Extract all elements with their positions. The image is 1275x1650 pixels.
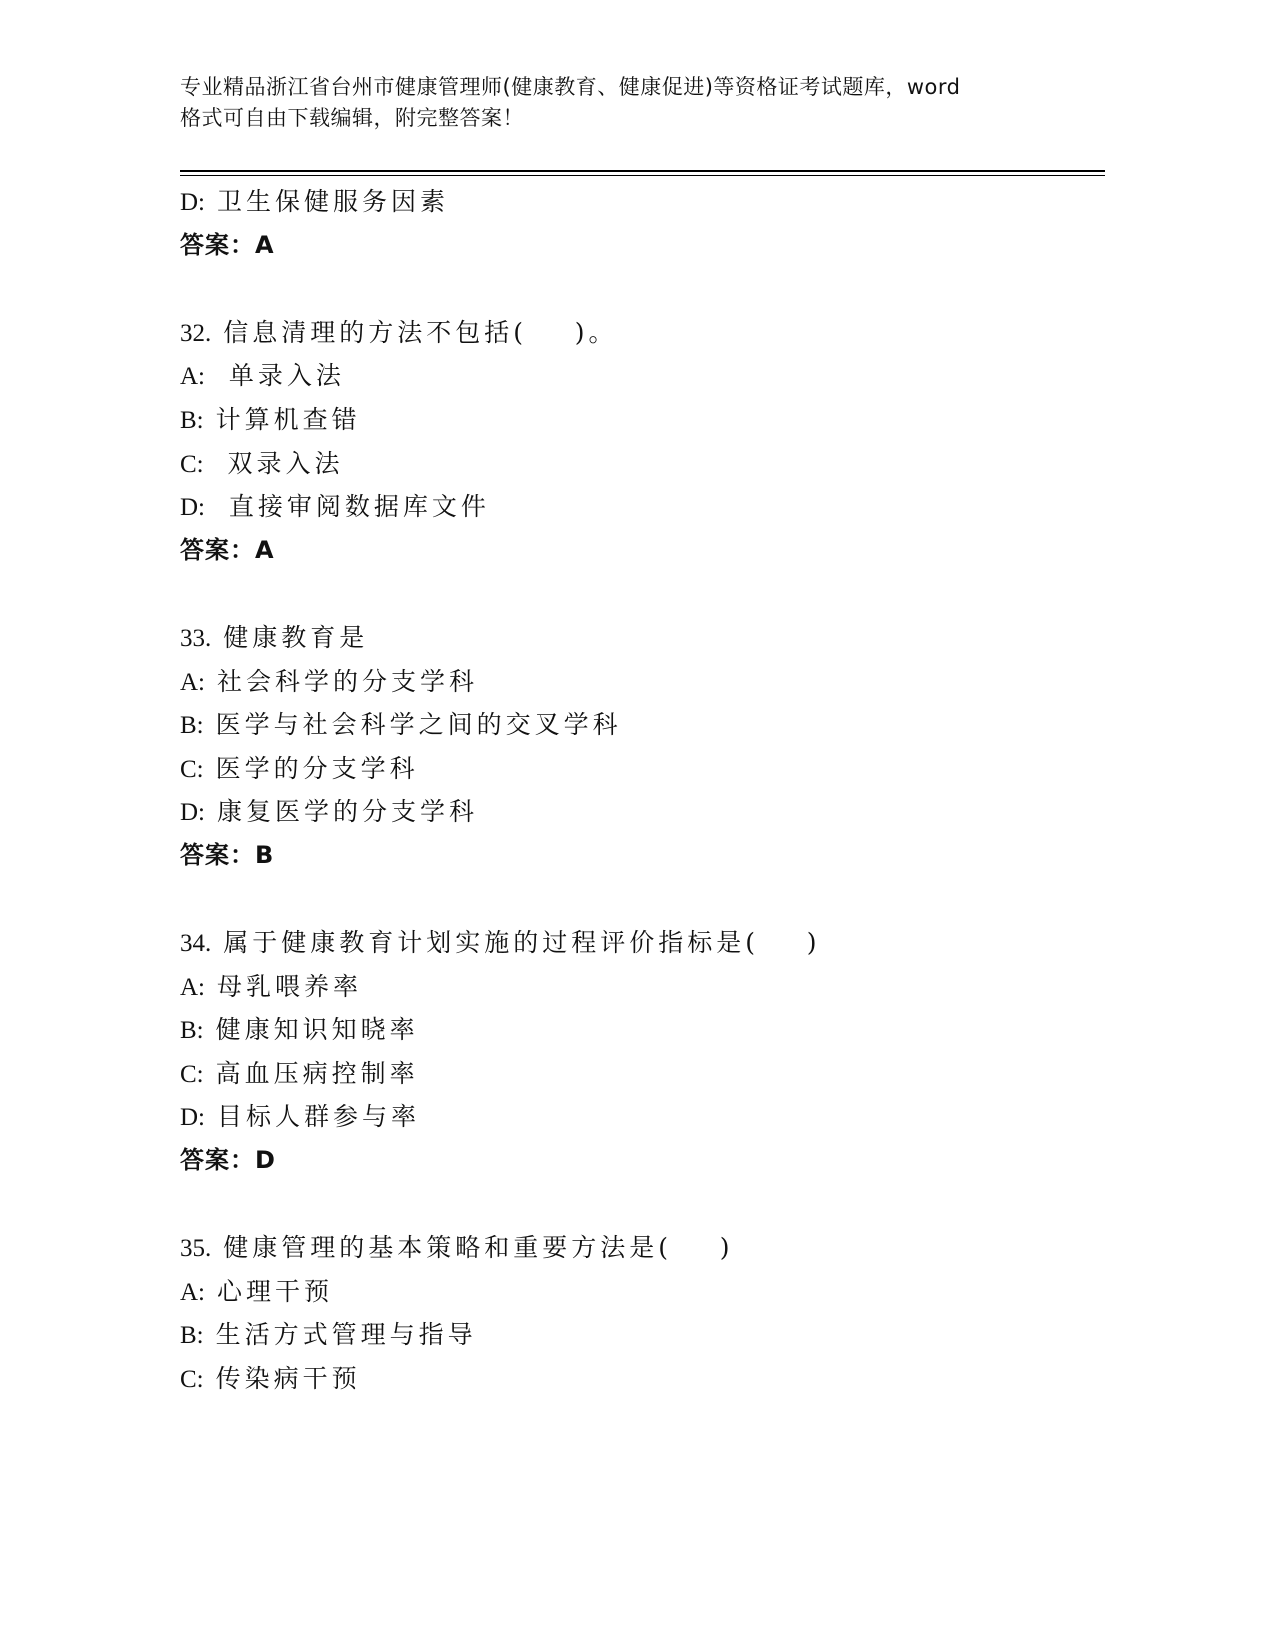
option-line: B: 健康知识知晓率 xyxy=(180,1008,1105,1052)
option-text: 传染病干预 xyxy=(204,1364,361,1393)
question-stem: 35. 健康管理的基本策略和重要方法是( ) xyxy=(180,1226,1105,1270)
carryover-block: D: 卫生保健服务因素 答案：A xyxy=(180,180,1105,267)
answer-line: 答案：A xyxy=(180,529,1105,573)
option-line: D: 直接审阅数据库文件 xyxy=(180,485,1105,529)
question-content: D: 卫生保健服务因素 答案：A 32. 信息清理的方法不包括( )。 A: 单… xyxy=(180,180,1105,1401)
option-letter: C: xyxy=(180,1366,204,1393)
option-line: B: 生活方式管理与指导 xyxy=(180,1313,1105,1357)
option-line: D: 康复医学的分支学科 xyxy=(180,790,1105,834)
option-letter: D: xyxy=(180,799,205,826)
option-text: 生活方式管理与指导 xyxy=(204,1320,477,1349)
option-text: 康复医学的分支学科 xyxy=(205,797,478,826)
option-line: A: 单录入法 xyxy=(180,354,1105,398)
header-rule-thin xyxy=(180,175,1105,176)
option-line: A: 母乳喂养率 xyxy=(180,965,1105,1009)
document-header: 专业精品浙江省台州市健康管理师(健康教育、健康促进)等资格证考试题库，word … xyxy=(180,72,1060,134)
question-35: 35. 健康管理的基本策略和重要方法是( ) A: 心理干预 B: 生活方式管理… xyxy=(180,1226,1105,1400)
option-text: 目标人群参与率 xyxy=(205,1102,420,1131)
option-letter: C: xyxy=(180,756,204,783)
question-number: 33. xyxy=(180,625,211,652)
option-text: 高血压病控制率 xyxy=(204,1059,419,1088)
question-text: 属于健康教育计划实施的过程评价指标是( ) xyxy=(211,928,820,957)
question-stem: 32. 信息清理的方法不包括( )。 xyxy=(180,311,1105,355)
option-letter: A: xyxy=(180,363,205,390)
option-text: 单录入法 xyxy=(205,361,345,390)
question-stem: 33. 健康教育是 xyxy=(180,616,1105,660)
option-letter: A: xyxy=(180,1279,205,1306)
header-rule-thick xyxy=(180,170,1105,172)
option-line: B: 计算机查错 xyxy=(180,398,1105,442)
question-text: 信息清理的方法不包括( )。 xyxy=(211,318,617,347)
option-line: B: 医学与社会科学之间的交叉学科 xyxy=(180,703,1105,747)
option-text: 卫生保健服务因素 xyxy=(205,187,449,216)
option-letter: C: xyxy=(180,451,204,478)
question-33: 33. 健康教育是 A: 社会科学的分支学科 B: 医学与社会科学之间的交叉学科… xyxy=(180,616,1105,878)
question-number: 34. xyxy=(180,930,211,957)
answer-line: 答案：B xyxy=(180,834,1105,878)
question-number: 35. xyxy=(180,1235,211,1262)
option-letter: D: xyxy=(180,189,205,216)
option-letter: B: xyxy=(180,1322,204,1349)
question-32: 32. 信息清理的方法不包括( )。 A: 单录入法 B: 计算机查错 C: 双… xyxy=(180,311,1105,573)
option-text: 母乳喂养率 xyxy=(205,972,362,1001)
option-line: A: 社会科学的分支学科 xyxy=(180,660,1105,704)
option-line: A: 心理干预 xyxy=(180,1270,1105,1314)
option-letter: D: xyxy=(180,1104,205,1131)
option-letter: A: xyxy=(180,669,205,696)
option-text: 心理干预 xyxy=(205,1277,333,1306)
option-letter: B: xyxy=(180,407,204,434)
question-stem: 34. 属于健康教育计划实施的过程评价指标是( ) xyxy=(180,921,1105,965)
header-line-2: 格式可自由下载编辑，附完整答案！ xyxy=(180,103,1060,134)
option-text: 双录入法 xyxy=(204,449,344,478)
answer-line: 答案：A xyxy=(180,224,1105,268)
option-line: C: 双录入法 xyxy=(180,442,1105,486)
option-letter: B: xyxy=(180,712,204,739)
answer-line: 答案：D xyxy=(180,1139,1105,1183)
option-text: 计算机查错 xyxy=(204,405,361,434)
question-34: 34. 属于健康教育计划实施的过程评价指标是( ) A: 母乳喂养率 B: 健康… xyxy=(180,921,1105,1183)
option-letter: B: xyxy=(180,1017,204,1044)
header-line-1: 专业精品浙江省台州市健康管理师(健康教育、健康促进)等资格证考试题库，word xyxy=(180,72,1060,103)
option-text: 直接审阅数据库文件 xyxy=(205,492,490,521)
option-line: D: 卫生保健服务因素 xyxy=(180,180,1105,224)
question-number: 32. xyxy=(180,320,211,347)
option-letter: C: xyxy=(180,1061,204,1088)
question-text: 健康管理的基本策略和重要方法是( ) xyxy=(211,1233,733,1262)
option-letter: D: xyxy=(180,494,205,521)
option-text: 社会科学的分支学科 xyxy=(205,667,478,696)
option-line: D: 目标人群参与率 xyxy=(180,1095,1105,1139)
option-line: C: 传染病干预 xyxy=(180,1357,1105,1401)
option-line: C: 高血压病控制率 xyxy=(180,1052,1105,1096)
option-line: C: 医学的分支学科 xyxy=(180,747,1105,791)
question-text: 健康教育是 xyxy=(211,623,368,652)
option-letter: A: xyxy=(180,974,205,1001)
option-text: 医学的分支学科 xyxy=(204,754,419,783)
option-text: 健康知识知晓率 xyxy=(204,1015,419,1044)
option-text: 医学与社会科学之间的交叉学科 xyxy=(204,710,622,739)
